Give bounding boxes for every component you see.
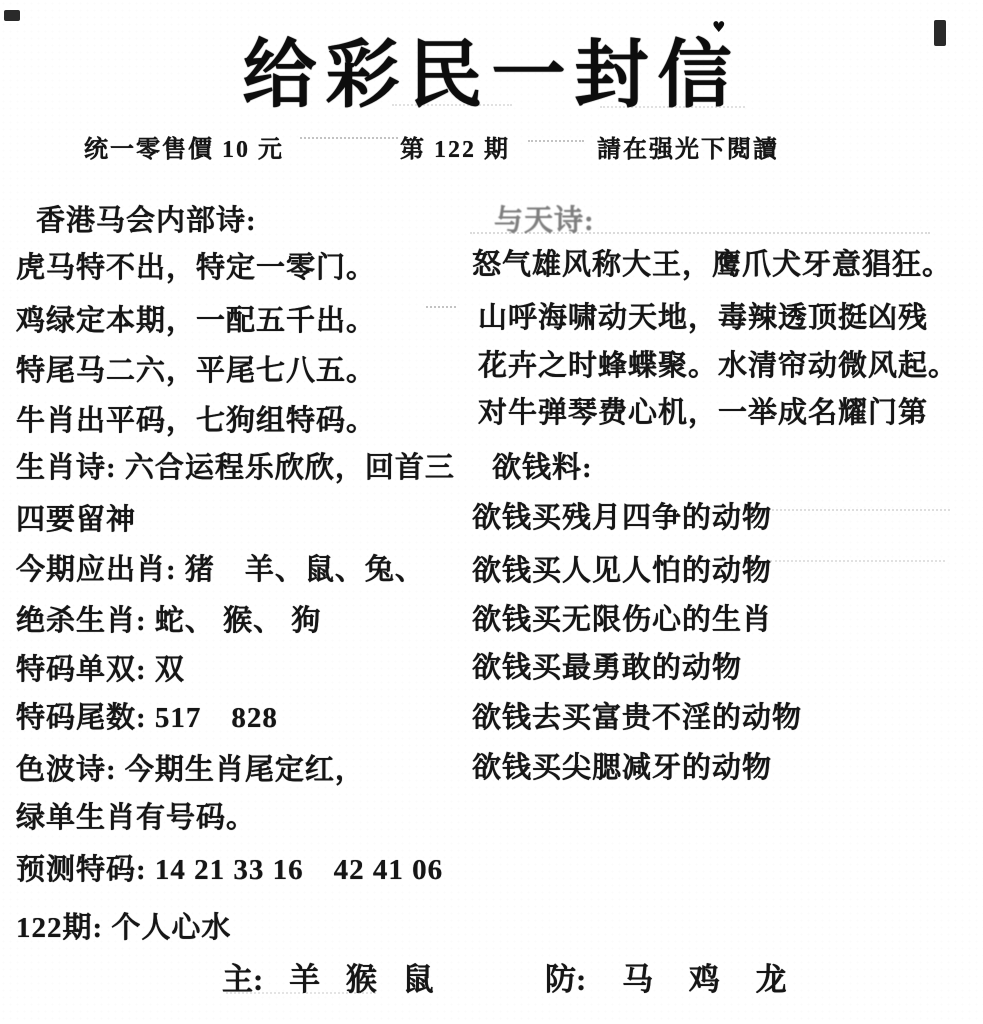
reading-notice-label: 請在强光下閱讀 [597, 129, 779, 164]
scan-artifact [770, 560, 945, 562]
scan-artifact [426, 306, 456, 308]
yuqian-hint-line: 欲钱买最勇敢的动物 [472, 645, 742, 686]
zodiac-poem-continuation: 四要留神 [16, 497, 136, 538]
scan-artifact [392, 104, 512, 106]
poem-line: 花卉之时蜂蝶聚。水清帘动微风起。 [478, 343, 958, 384]
issue-number-label: 第 122 期 [400, 129, 510, 164]
issue-personal-pick-line: 122期: 个人心水 [16, 905, 231, 946]
poem-line: 鸡绿定本期，一配五千出。 [16, 298, 376, 339]
poem-line: 牛肖出平码，七狗组特码。 [16, 398, 376, 439]
poem-line: 怒气雄风称大王，鹰爪犬牙意猖狂。 [472, 242, 952, 283]
yuqian-hint-line: 欲钱买人见人怕的动物 [472, 548, 772, 589]
poem-line: 对牛弹琴费心机，一举成名耀门第 [478, 390, 928, 431]
yuqian-hint-line: 欲钱买残月四争的动物 [472, 495, 772, 536]
yuqian-hint-line: 欲钱买无限伤心的生肖 [472, 597, 772, 638]
section-title-yuqian: 欲钱料: [492, 445, 593, 486]
heart-decoration-icon: ♥ [712, 18, 725, 36]
expected-zodiac-line: 今期应出肖: 猪 羊、鼠、兔、 [16, 547, 425, 588]
letter-to-lottery-players-page: 给彩民一封信 ♥ 统一零售價 10 元 第 122 期 請在强光下閱讀 香港马会… [0, 0, 983, 1024]
scan-artifact [760, 509, 950, 511]
tail-number-line: 特码尾数: 517 828 [16, 695, 278, 736]
poem-line: 特尾马二六，平尾七八五。 [16, 348, 376, 389]
scan-artifact [528, 140, 584, 142]
color-wave-poem-continuation: 绿单生肖有号码。 [16, 795, 256, 836]
poem-line: 山呼海啸动天地，毒辣透顶挺凶残 [478, 295, 928, 336]
page-title: 给彩民一封信 [0, 16, 983, 122]
guard-picks-line: 防: 马 鸡 龙 [545, 954, 787, 999]
scan-artifact [300, 137, 398, 139]
scan-blot [934, 20, 946, 46]
killed-zodiac-line: 绝杀生肖: 蛇、 猴、 狗 [16, 598, 321, 639]
odd-even-line: 特码单双: 双 [16, 647, 185, 688]
yuqian-hint-line: 欲钱买尖腮减牙的动物 [472, 745, 772, 786]
scan-blot [4, 10, 20, 21]
scan-artifact [600, 106, 745, 108]
scan-artifact [470, 232, 930, 234]
color-wave-poem-line: 色波诗: 今期生肖尾定红， [16, 747, 365, 788]
scan-artifact [226, 992, 376, 994]
retail-price-label: 统一零售價 10 元 [84, 129, 284, 164]
yuqian-hint-line: 欲钱去买富贵不淫的动物 [472, 695, 802, 736]
poem-line: 虎马特不出，特定一零门。 [16, 245, 376, 286]
predicted-special-numbers-line: 预测特码: 14 21 33 16 42 41 06 [16, 847, 443, 888]
zodiac-poem-line: 生肖诗: 六合运程乐欣欣，回首三 [16, 445, 455, 486]
section-title-jockey-club-poem: 香港马会内部诗: [36, 198, 257, 239]
